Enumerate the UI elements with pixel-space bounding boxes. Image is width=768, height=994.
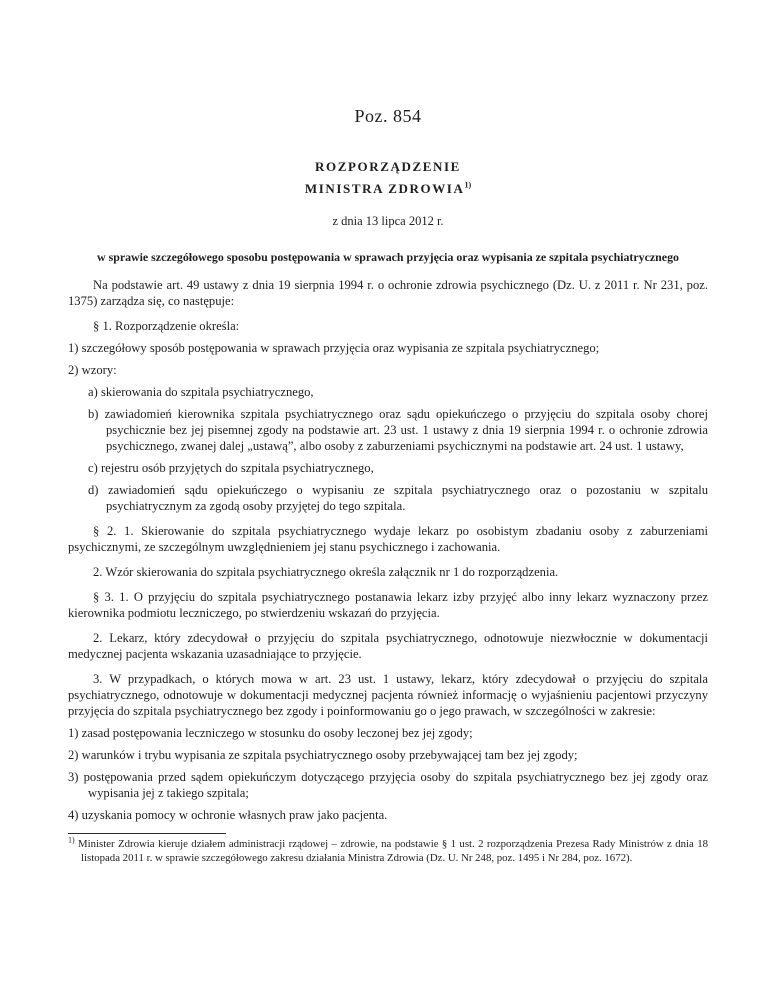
paragraph-legal-basis: Na podstawie art. 49 ustawy z dnia 19 si… [68, 277, 708, 309]
list-marker: 1) [68, 726, 79, 740]
footnote-section: 1) Minister Zdrowia kieruje działem admi… [68, 833, 708, 866]
paragraph-section-3-1: § 3. 1. O przyjęciu do szpitala psychiat… [68, 589, 708, 621]
sublist-item: c) rejestru osób przyjętych do szpitala … [88, 460, 708, 476]
paragraph-section-3-3: 3. W przypadkach, o których mowa w art. … [68, 671, 708, 719]
footnote-reference: 1) [464, 181, 471, 190]
list-marker: c) [88, 461, 98, 475]
paragraph-text: § 3. 1. O przyjęciu do szpitala psychiat… [68, 590, 708, 620]
act-type-heading: ROZPORZĄDZENIE [68, 159, 708, 175]
paragraph-text: 3. W przypadkach, o których mowa w art. … [68, 672, 708, 718]
paragraph-section-2-2: 2. Wzór skierowania do szpitala psychiat… [68, 564, 708, 580]
list-item-text: wzory: [82, 363, 117, 377]
list-marker: b) [88, 407, 99, 421]
list-item: 2) warunków i trybu wypisania ze szpital… [68, 747, 708, 763]
act-date: z dnia 13 lipca 2012 r. [68, 214, 708, 229]
list-item-text: szczegółowy sposób postępowania w sprawa… [82, 341, 600, 355]
list-item-text: warunków i trybu wypisania ze szpitala p… [82, 748, 578, 762]
footnote-marker: 1) [68, 835, 75, 844]
paragraph-text: Na podstawie art. 49 ustawy z dnia 19 si… [68, 278, 708, 308]
list-item-text: zasad postępowania leczniczego w stosunk… [82, 726, 473, 740]
list-marker: 2) [68, 748, 79, 762]
list-item-text: zawiadomień kierownika szpitala psychiat… [105, 407, 708, 453]
list-marker: 1) [68, 341, 79, 355]
list-item: 1) szczegółowy sposób postępowania w spr… [68, 340, 708, 356]
paragraph-section-2-1: § 2. 1. Skierowanie do szpitala psychiat… [68, 523, 708, 555]
document-content: Poz. 854 ROZPORZĄDZENIE MINISTRA ZDROWIA… [68, 0, 708, 866]
paragraph-text: § 1. Rozporządzenie określa: [93, 319, 239, 333]
list-marker: 2) [68, 363, 79, 377]
paragraph-text: 2. Wzór skierowania do szpitala psychiat… [93, 565, 558, 579]
paragraph-text: § 2. 1. Skierowanie do szpitala psychiat… [68, 524, 708, 554]
list-item: 4) uzyskania pomocy w ochronie własnych … [68, 807, 708, 823]
list-item-text: rejestru osób przyjętych do szpitala psy… [101, 461, 374, 475]
sublist-item: a) skierowania do szpitala psychiatryczn… [88, 384, 708, 400]
footnote-text: Minister Zdrowia kieruje działem adminis… [78, 838, 708, 864]
act-subject: w sprawie szczegółowego sposobu postępow… [68, 250, 708, 265]
list-marker: a) [88, 385, 98, 399]
paragraph-text: 2. Lekarz, który zdecydował o przyjęciu … [68, 631, 708, 661]
list-item-text: zawiadomień sądu opiekuńczego o wypisani… [106, 483, 708, 513]
paragraph-section-3-2: 2. Lekarz, który zdecydował o przyjęciu … [68, 630, 708, 662]
list-marker: 4) [68, 808, 79, 822]
list-item: 2) wzory: [68, 362, 708, 378]
sublist-item: b) zawiadomień kierownika szpitala psych… [88, 406, 708, 454]
list-item: 3) postępowania przed sądem opiekuńczym … [68, 769, 708, 801]
footnote-divider [68, 833, 226, 834]
list-item: 1) zasad postępowania leczniczego w stos… [68, 725, 708, 741]
paragraph-section-1: § 1. Rozporządzenie określa: [68, 318, 708, 334]
list-item-text: uzyskania pomocy w ochronie własnych pra… [82, 808, 388, 822]
act-body: Na podstawie art. 49 ustawy z dnia 19 si… [68, 277, 708, 823]
list-marker: d) [88, 483, 99, 497]
list-item-text: skierowania do szpitala psychiatrycznego… [101, 385, 314, 399]
position-label: Poz. 854 [68, 106, 708, 127]
act-issuer-heading: MINISTRA ZDROWIA1) [68, 181, 708, 197]
list-marker: 3) [68, 770, 79, 784]
issuer-text: MINISTRA ZDROWIA [305, 181, 465, 196]
document-page: Poz. 854 ROZPORZĄDZENIE MINISTRA ZDROWIA… [0, 0, 768, 994]
sublist-item: d) zawiadomień sądu opiekuńczego o wypis… [88, 482, 708, 514]
footnote: 1) Minister Zdrowia kieruje działem admi… [68, 838, 708, 866]
list-item-text: postępowania przed sądem opiekuńczym dot… [84, 770, 708, 800]
